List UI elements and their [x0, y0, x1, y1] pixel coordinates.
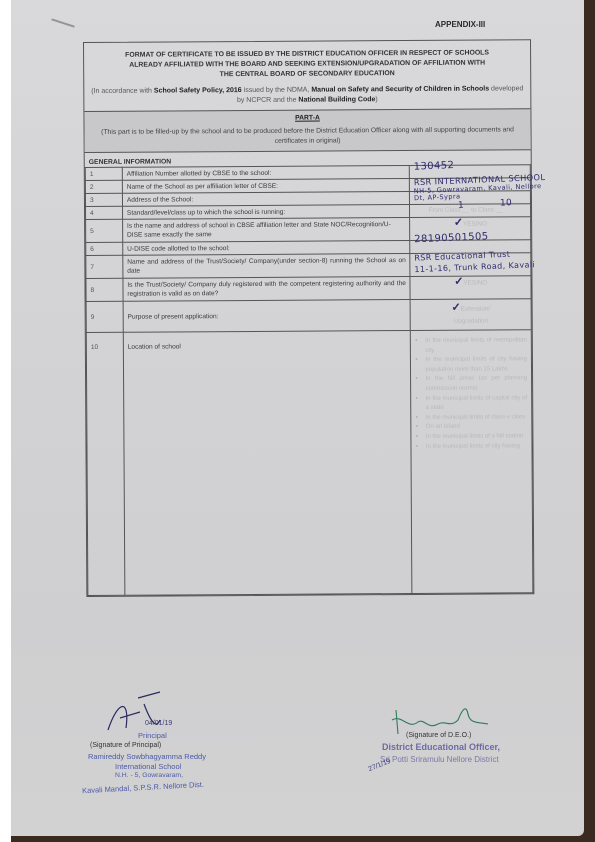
row-number: 5	[86, 219, 123, 242]
printed-answer: YES/NO	[463, 221, 487, 228]
answer-cell[interactable]: RSR Educational Trust 11-1-16, Trunk Roa…	[410, 253, 531, 277]
general-information-table: 1 Affiliation Number allotted by CBSE to…	[85, 164, 534, 596]
printed-answer: Extension/	[461, 306, 490, 313]
row-number: 6	[86, 242, 123, 255]
handwritten-answer: NH-5, Gowravaram, Kavali, Nellore Dt, AP…	[414, 183, 544, 202]
row-question: Purpose of present application:	[123, 300, 411, 333]
stamp-line: Principal	[138, 731, 167, 740]
answer-cell[interactable]: In the municipal limits of metropolitan …	[411, 330, 533, 594]
row-number: 8	[86, 278, 123, 301]
certificate-form: FORMAT OF CERTIFICATE TO BE ISSUED BY TH…	[83, 39, 534, 597]
row-number: 10	[86, 332, 124, 595]
principal-signature-label: (Signature of Principal)	[90, 742, 161, 749]
answer-cell[interactable]: ✓Extension/ Upgradation	[411, 299, 532, 331]
handwritten-answer: 11-1-16, Trunk Road, Kavali	[415, 260, 536, 274]
stamp-line: N.H. - 5, Gowravaram,	[115, 772, 183, 779]
subtitle-text: issued by the NDMA,	[242, 87, 312, 94]
subtitle-text: (In accordance with	[91, 88, 154, 95]
paper-mark	[51, 18, 74, 27]
location-option[interactable]: In the municipal limits of city having	[416, 442, 528, 452]
location-option[interactable]: In the municipal limits of capital city …	[416, 394, 528, 414]
row-question: Is the Trust/Society/ Company duly regis…	[123, 277, 411, 302]
form-subtitle: (In accordance with School Safety Policy…	[90, 84, 524, 107]
printed-answer: From Class __ to Class __	[428, 205, 502, 214]
part-a-banner: PART-A (This part is to be filled-up by …	[84, 108, 530, 152]
location-options: In the municipal limits of metropolitan …	[415, 336, 527, 452]
principal-date: 04/01/19	[145, 720, 172, 727]
table-row: 7 Name and address of the Trust/Society/…	[86, 253, 531, 279]
class-from: 1	[458, 202, 465, 211]
handwritten-answer: 28190501505	[414, 232, 489, 244]
check-mark-icon: ✓	[454, 276, 463, 288]
subtitle-manual: Manual on Safety and Security of Childre…	[311, 86, 489, 94]
printed-answer: Upgradation	[454, 318, 488, 325]
location-option[interactable]: In the municipal limits of city having p…	[415, 355, 527, 375]
form-header: FORMAT OF CERTIFICATE TO BE ISSUED BY TH…	[84, 40, 530, 111]
page-margin	[0, 0, 11, 842]
row-number: 1	[85, 167, 122, 180]
table-row: 8 Is the Trust/Society/ Company duly reg…	[86, 276, 531, 302]
row-question: Location of school	[123, 331, 412, 596]
subtitle-policy: School Safety Policy, 2016	[154, 87, 242, 95]
deo-signature-block: (Signature of D.E.O.) District Education…	[368, 700, 588, 790]
table-row: 10 Location of school In the municipal l…	[86, 330, 533, 596]
answer-cell[interactable]: NH-5, Gowravaram, Kavali, Nellore Dt, AP…	[410, 191, 531, 205]
row-number: 3	[85, 193, 122, 206]
table-row: 9 Purpose of present application: ✓Exten…	[86, 299, 531, 333]
check-mark-icon: ✓	[454, 217, 463, 229]
deo-signature-label: (Signature of D.E.O.)	[406, 732, 471, 739]
stamp-line: International School	[115, 762, 181, 771]
answer-cell[interactable]: ✓YES/NO	[410, 276, 531, 300]
row-question: Name and address of the Trust/Society/ C…	[123, 254, 411, 279]
answer-cell[interactable]: From Class __ to Class __ 1 10	[410, 204, 531, 218]
row-number: 2	[85, 180, 122, 193]
stamp-line: Ramireddy Sowbhagyamma Reddy	[88, 752, 206, 761]
location-option[interactable]: In the hill areas (as per planning commi…	[415, 375, 527, 395]
part-a-title: PART-A	[92, 112, 522, 125]
subtitle-text: )	[375, 96, 377, 103]
check-mark-icon: ✓	[451, 302, 460, 314]
subtitle-code: National Building Code	[298, 96, 375, 103]
handwritten-answer: 130452	[414, 161, 455, 172]
printed-answer: YES/NO	[463, 280, 487, 287]
row-number: 4	[86, 206, 123, 219]
row-question: Is the name and address of school in CBS…	[122, 218, 410, 243]
row-number: 7	[86, 255, 123, 278]
class-to: 10	[500, 199, 513, 208]
row-number: 9	[86, 301, 123, 332]
location-option[interactable]: In the municipal limits of metropolitan …	[415, 336, 527, 356]
stamp-line: District Educational Officer,	[382, 742, 500, 752]
stamp-line: Sri Potti Sriramulu Nellore District	[380, 755, 499, 764]
part-a-note: (This part is to be filled-up by the sch…	[93, 125, 523, 148]
principal-signature-block: 04/01/19 Principal (Signature of Princip…	[90, 690, 290, 790]
appendix-label: APPENDIX-III	[435, 20, 485, 29]
